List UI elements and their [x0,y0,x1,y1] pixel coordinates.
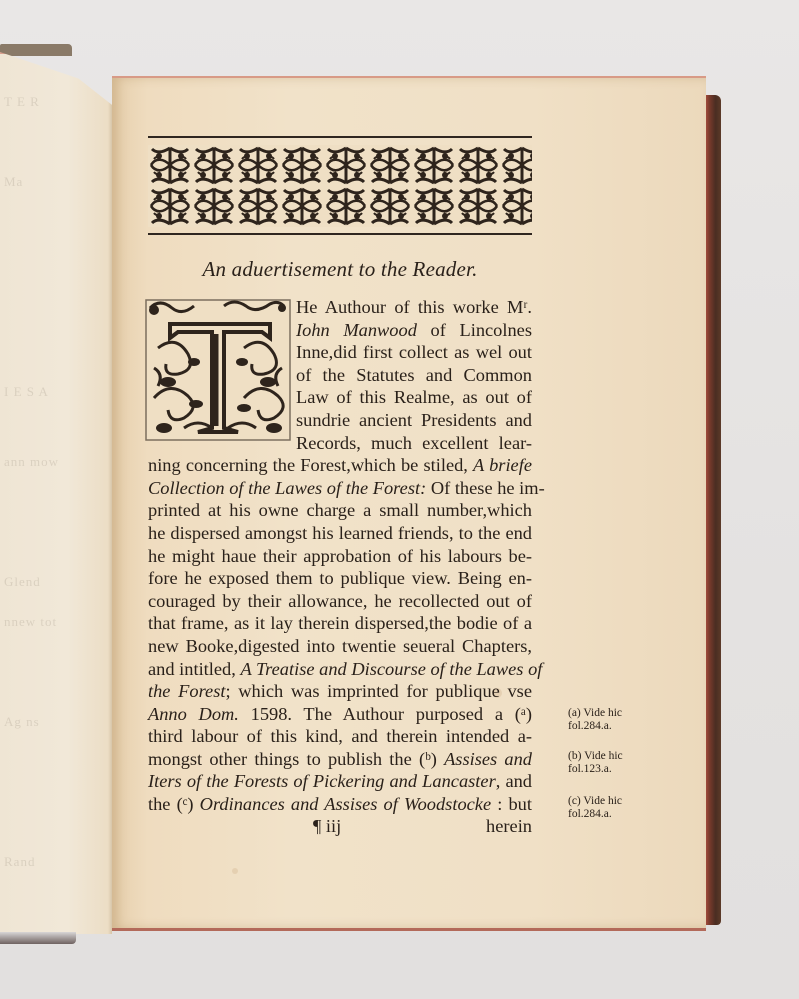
roman-text: sundrie ancient Presidents and [296,410,532,430]
text-line: he dispersed amongst his learned friends… [148,522,532,545]
text-line: new Booke,digested into twentie seueral … [148,635,532,658]
text-line: and intitled, A Treatise and Discourse o… [148,658,532,681]
page-foot: ¶ iij herein [148,816,532,840]
roman-text: Law of this Realme, as out of [296,387,532,407]
roman-text: the (ᶜ) [148,794,200,814]
margin-note-ref: (a) Vide hic [568,707,622,720]
margin-note-folio: fol.123.a. [568,763,623,776]
text-line: the (ᶜ) Ordinances and Assises of Woodst… [148,793,532,816]
italic-text: A briefe [473,455,532,475]
text-line: Anno Dom. 1598. The Authour purposed a (… [148,703,532,726]
roman-text: printed at his owne charge a small numbe… [148,500,532,520]
italic-text: Collection of the Lawes of the Forest: [148,478,426,498]
italic-text: Assises and [444,749,532,769]
page-text-block: An aduertisement to the Reader. [148,136,532,840]
roman-text: he dispersed amongst his learned friends… [148,523,532,543]
show-through-text: Ag ns [4,714,40,730]
roman-text: Of these he im- [426,478,544,498]
roman-text: mongst other things to publish the (ᵇ) [148,749,444,769]
roman-text: that frame, as it lay therein dispersed,… [148,613,532,633]
left-cover-board [0,44,72,56]
margin-note-ref: (b) Vide hic [568,750,623,763]
italic-text: Iters of the Forests of Pickering and La… [148,771,496,791]
margin-note: (a) Vide hicfol.284.a. [568,707,622,733]
roman-text: Inne,did first collect as wel out [296,342,532,362]
catchword: herein [486,816,532,837]
show-through-text: Ma [4,174,23,190]
show-through-text: Glend [4,574,41,590]
margin-note: (b) Vide hicfol.123.a. [568,750,623,776]
historiated-drop-cap-T [144,298,292,442]
headpiece-ornament [148,145,532,227]
roman-text: fore he exposed them to publique view. B… [148,568,532,588]
roman-text: He Authour of this worke Mʳ. [296,297,532,317]
signature-mark: ¶ iij [313,816,341,837]
text-line: Collection of the Lawes of the Forest: O… [148,477,532,500]
show-through-text: Rand [4,854,35,870]
roman-text: he might haue their approbation of his l… [148,546,532,566]
italic-text: Ordinances and Assises of Woodstocke [200,794,491,814]
body-text: He Authour of this worke Mʳ.Iohn Manwood… [148,296,532,840]
roman-text: Records, much excellent lear- [296,433,532,453]
text-line: Iters of the Forests of Pickering and La… [148,770,532,793]
roman-text: new Booke,digested into twentie seueral … [148,636,532,656]
roman-text: : but [491,794,532,814]
margin-note-ref: (c) Vide hic [568,795,622,808]
roman-text: third labour of this kind, and therein i… [148,726,532,746]
text-line: ning concerning the Forest,which be stil… [148,454,532,477]
text-line: that frame, as it lay therein dispersed,… [148,612,532,635]
roman-text: ; which was imprinted for publique vse [225,681,532,701]
show-through-text: ann mow [4,454,59,470]
text-line: third labour of this kind, and therein i… [148,725,532,748]
right-page-recto: An aduertisement to the Reader. [112,76,706,931]
show-through-text: I E S A [4,384,49,400]
bottom-rule [148,233,532,235]
italic-text: A Treatise and Discourse of the Lawes of [240,659,542,679]
top-rule [148,136,532,138]
roman-text: and intitled, [148,659,240,679]
italic-text: Iohn Manwood [296,320,417,340]
left-page-verso: T E R Ma I E S A ann mow Glend nnew tot … [0,52,112,934]
margin-note: (c) Vide hicfol.284.a. [568,795,622,821]
text-line: the Forest; which was imprinted for publ… [148,680,532,703]
text-line: printed at his owne charge a small numbe… [148,499,532,522]
roman-text: of the Statutes and Common [296,365,532,385]
text-line: couraged by their allowance, he recollec… [148,590,532,613]
roman-text: ning concerning the Forest,which be stil… [148,455,473,475]
italic-text: the Forest [148,681,225,701]
roman-text: , and [496,771,532,791]
text-line: mongst other things to publish the (ᵇ) A… [148,748,532,771]
left-cover-board-bottom [0,932,76,944]
roman-text: couraged by their allowance, he recollec… [148,591,532,611]
show-through-text: T E R [4,94,40,110]
italic-text: Anno Dom. [148,704,239,724]
text-line: he might haue their approbation of his l… [148,545,532,568]
show-through-text: nnew tot [4,614,57,630]
roman-text: of Lincolnes [417,320,532,340]
margin-note-folio: fol.284.a. [568,720,622,733]
roman-text: 1598. The Authour purposed a (ᵃ) [239,704,532,724]
text-line: fore he exposed them to publique view. B… [148,567,532,590]
margin-note-folio: fol.284.a. [568,808,622,821]
section-heading: An aduertisement to the Reader. [148,257,532,282]
